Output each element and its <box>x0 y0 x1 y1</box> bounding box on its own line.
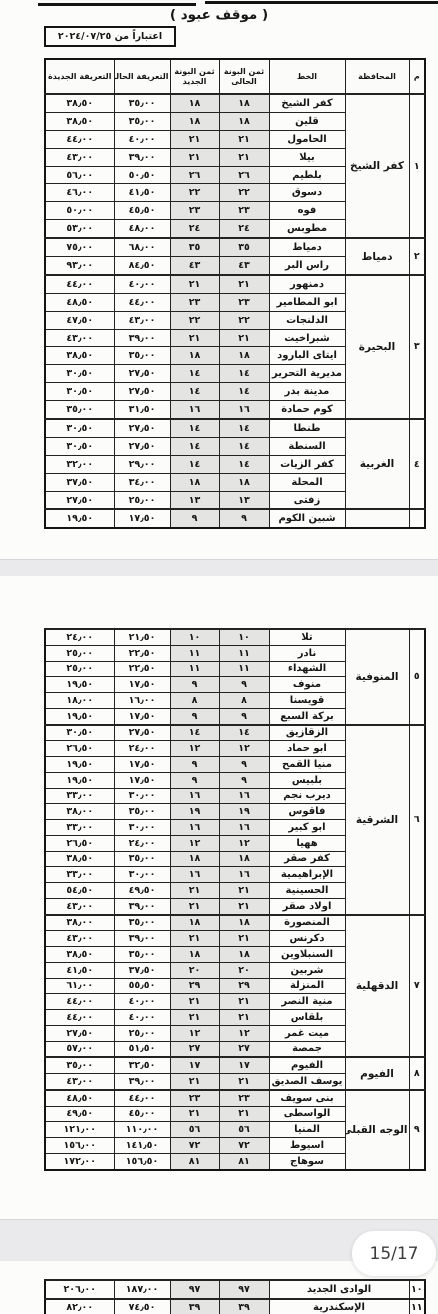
row-number-cell: ٦ <box>409 725 425 915</box>
bon-new-cell: ١٦ <box>170 401 219 419</box>
line-cell: الحامول <box>269 130 345 148</box>
bon-new-cell: ٩ <box>170 509 219 528</box>
tariff-new-cell: ٣٨٫٥٠ <box>45 112 114 130</box>
line-cell: كوم حمادة <box>269 401 345 419</box>
bon-new-cell: ١٤ <box>170 437 219 455</box>
tariff-new-cell: ٣٠٫٥٠ <box>45 383 114 401</box>
tariff-current-cell: ٧٤٫٥٠ <box>114 1299 170 1314</box>
tariff-current-cell: ١٧٫٥٠ <box>114 757 170 773</box>
bon-current-cell: ١١ <box>219 645 269 661</box>
bon-new-cell: ١١ <box>170 645 219 661</box>
bon-current-cell: ٢١ <box>219 1010 269 1026</box>
bon-current-cell: ٩ <box>219 677 269 693</box>
bon-new-cell: ١٨ <box>170 347 219 365</box>
line-cell: دمنهور <box>269 275 345 293</box>
bon-new-cell: ٢٢ <box>170 311 219 329</box>
table-row: ٨الفيومالفيوم١٧١٧٣٢٫٥٠٣٥٫٠٠ <box>45 1057 425 1073</box>
tariff-current-cell: ٤٠٫٠٠ <box>114 130 170 148</box>
tariff-current-cell: ٢١٫٥٠ <box>114 629 170 645</box>
governorate-cell: الدقهلية <box>345 915 409 1058</box>
governorate-cell <box>345 509 409 528</box>
row-number-cell <box>409 509 425 528</box>
tariff-new-cell: ٣٨٫٥٠ <box>45 851 114 867</box>
tariff-current-cell: ١٥٦٫٥٠ <box>114 1153 170 1169</box>
tariff-new-cell: ٤٩٫٥٠ <box>45 1106 114 1122</box>
bon-current-cell: ١٠ <box>219 629 269 645</box>
tariff-new-cell: ٢٤٫٠٠ <box>45 629 114 645</box>
bon-current-cell: ٨ <box>219 693 269 709</box>
line-cell: مدينة بدر <box>269 383 345 401</box>
tariff-current-cell: ٢٧٫٥٠ <box>114 725 170 741</box>
bon-current-cell: ٢١ <box>219 931 269 947</box>
bon-new-cell: ٢٣ <box>170 202 219 220</box>
tariff-new-cell: ٥٧٫٠٠ <box>45 1041 114 1057</box>
tariff-current-cell: ٥١٫٥٠ <box>114 1041 170 1057</box>
tariff-current-cell: ٢٧٫٥٠ <box>114 419 170 437</box>
bon-new-cell: ١٠ <box>170 629 219 645</box>
tariff-new-cell: ٣٣٫٠٠ <box>45 867 114 883</box>
tariff-current-cell: ٣٠٫٠٠ <box>114 867 170 883</box>
line-cell: سوهاج <box>269 1153 345 1169</box>
line-cell: منوف <box>269 677 345 693</box>
tariff-current-cell: ٤٠٫٠٠ <box>114 275 170 293</box>
tariff-current-cell: ١٧٫٥٠ <box>114 708 170 724</box>
line-cell: منية النصر <box>269 994 345 1010</box>
row-number-cell: ٢ <box>409 238 425 275</box>
line-cell: المنصورة <box>269 915 345 931</box>
line-cell: مديرية التحرير <box>269 365 345 383</box>
tariff-new-cell: ٦١٫٠٠ <box>45 978 114 994</box>
bon-new-cell: ٢٣ <box>170 1090 219 1106</box>
bon-current-cell: ١٨ <box>219 915 269 931</box>
tariff-new-cell: ٧٥٫٠٠ <box>45 238 114 256</box>
line-cell: فوه <box>269 202 345 220</box>
bon-current-cell: ١٤ <box>219 365 269 383</box>
bon-new-cell: ٢١ <box>170 148 219 166</box>
tariff-current-cell: ١١٠٫٠٠ <box>114 1122 170 1138</box>
bon-new-cell: ١٢ <box>170 835 219 851</box>
bon-new-cell: ١٦ <box>170 820 219 836</box>
tariff-new-cell: ٤٧٫٥٠ <box>45 311 114 329</box>
bon-new-cell: ٢١ <box>170 1010 219 1026</box>
tariff-new-cell: ١٧٢٫٠٠ <box>45 1153 114 1169</box>
governorate-cell: المنوفية <box>345 629 409 725</box>
tariff-new-cell: ٥٣٫٠٠ <box>45 220 114 238</box>
line-cell: منيا القمح <box>269 757 345 773</box>
bon-new-cell: ١٨ <box>170 112 219 130</box>
bon-new-cell: ١٨ <box>170 915 219 931</box>
tariff-new-cell: ٤٣٫٠٠ <box>45 898 114 914</box>
tariff-current-cell: ٢٥٫٠٠ <box>114 491 170 509</box>
bon-current-cell: ١٤ <box>219 383 269 401</box>
bon-new-cell: ١٩ <box>170 804 219 820</box>
tariff-new-cell: ٢٧٫٥٠ <box>45 491 114 509</box>
line-cell: فاقوس <box>269 804 345 820</box>
tariff-current-cell: ٢٢٫٥٠ <box>114 645 170 661</box>
tariff-current-cell: ٤٣٫٠٠ <box>114 311 170 329</box>
line-cell: الإسكندرية <box>269 1299 409 1314</box>
line-cell: راس البر <box>269 257 345 275</box>
tariff-current-cell: ٢٧٫٥٠ <box>114 437 170 455</box>
line-cell: السنبلاوين <box>269 947 345 963</box>
governorate-cell: الغربية <box>345 419 409 509</box>
bon-current-cell: ١٤ <box>219 419 269 437</box>
line-cell: جمصة <box>269 1041 345 1057</box>
line-cell: اسيوط <box>269 1138 345 1154</box>
page-title: ( موقف عبود ) <box>0 7 438 23</box>
bon-current-cell: ١٣ <box>219 491 269 509</box>
tariff-new-cell: ٣٢٫٠٠ <box>45 455 114 473</box>
tariff-current-cell: ٣٩٫٠٠ <box>114 898 170 914</box>
tariff-new-cell: ٤٦٫٠٠ <box>45 184 114 202</box>
col-header-tariff-new: التعريفة الجديدة <box>45 59 114 94</box>
bon-current-cell: ٢٩ <box>219 978 269 994</box>
governorate-cell: الوجه القبلى <box>345 1090 409 1170</box>
bon-new-cell: ٣٥ <box>170 238 219 256</box>
bon-current-cell: ١٨ <box>219 947 269 963</box>
bon-current-cell: ١٨ <box>219 94 269 112</box>
bon-current-cell: ٤٣ <box>219 257 269 275</box>
row-number-cell: ٧ <box>409 915 425 1058</box>
bon-current-cell: ٢٢ <box>219 311 269 329</box>
bon-current-cell: ١٨ <box>219 347 269 365</box>
tariff-new-cell: ١٨٫٠٠ <box>45 693 114 709</box>
tariff-current-cell: ٣٩٫٠٠ <box>114 1074 170 1090</box>
tariff-new-cell: ٢٥٫٠٠ <box>45 645 114 661</box>
bon-current-cell: ١٢ <box>219 1025 269 1041</box>
governorate-cell: البحيرة <box>345 275 409 419</box>
tariff-current-cell: ٣٥٫٠٠ <box>114 112 170 130</box>
bon-new-cell: ٢١ <box>170 931 219 947</box>
bon-current-cell: ١٨ <box>219 851 269 867</box>
governorate-cell: كفر الشيخ <box>345 94 409 238</box>
fare-table-upper: م المحافظة الخط ثمن البونة الحالى ثمن ال… <box>44 58 426 529</box>
bon-new-cell: ٥٦ <box>170 1122 219 1138</box>
tariff-new-cell: ٢٠٦٫٠٠ <box>45 1280 114 1299</box>
tariff-new-cell: ١٩٫٥٠ <box>45 677 114 693</box>
bon-current-cell: ١٤ <box>219 725 269 741</box>
bon-new-cell: ٢١ <box>170 329 219 347</box>
line-cell: الإبراهيمية <box>269 867 345 883</box>
bon-current-cell: ٢١ <box>219 1106 269 1122</box>
line-cell: الزقازيق <box>269 725 345 741</box>
tariff-current-cell: ٣٩٫٠٠ <box>114 329 170 347</box>
page-number-indicator: 15/17 <box>352 1231 436 1276</box>
col-header-bon-current: ثمن البونة الحالى <box>219 59 269 94</box>
tariff-current-cell: ١٧٫٥٠ <box>114 772 170 788</box>
tariff-new-cell: ٣٨٫٥٠ <box>45 347 114 365</box>
bon-new-cell: ١٣ <box>170 491 219 509</box>
line-cell: ابو كبير <box>269 820 345 836</box>
tariff-new-cell: ٤٣٫٠٠ <box>45 1074 114 1090</box>
row-number-cell: ٤ <box>409 419 425 509</box>
bon-current-cell: ١٨ <box>219 473 269 491</box>
line-cell: شبراخيت <box>269 329 345 347</box>
bon-current-cell: ١٢ <box>219 835 269 851</box>
tariff-new-cell: ٤٣٫٠٠ <box>45 931 114 947</box>
bon-new-cell: ١٧ <box>170 1057 219 1073</box>
bon-new-cell: ٣٩ <box>170 1299 219 1314</box>
bon-current-cell: ١٦ <box>219 401 269 419</box>
bon-current-cell: ١٤ <box>219 455 269 473</box>
tariff-new-cell: ٤٨٫٥٠ <box>45 1090 114 1106</box>
bon-current-cell: ٢٣ <box>219 202 269 220</box>
line-cell: الدلنجات <box>269 311 345 329</box>
bon-new-cell: ٩ <box>170 677 219 693</box>
bon-new-cell: ٢٣ <box>170 293 219 311</box>
line-cell: ديرب نجم <box>269 788 345 804</box>
line-cell: كفر الشيخ <box>269 94 345 112</box>
tariff-new-cell: ٣٧٫٥٠ <box>45 473 114 491</box>
line-cell: الوادى الجديد <box>269 1280 409 1299</box>
bon-new-cell: ١٨ <box>170 473 219 491</box>
bon-new-cell: ١١ <box>170 661 219 677</box>
bon-current-cell: ٢٠ <box>219 962 269 978</box>
tariff-new-cell: ٣٠٫٥٠ <box>45 437 114 455</box>
tariff-new-cell: ٤٤٫٠٠ <box>45 994 114 1010</box>
bon-current-cell: ٢٦ <box>219 166 269 184</box>
governorate-cell: الشرقية <box>345 725 409 915</box>
table-row: ١٠الوادى الجديد٩٧٩٧١٨٧٫٠٠٢٠٦٫٠٠ <box>45 1280 425 1299</box>
table-row: ٥المنوفيةتلا١٠١٠٢١٫٥٠٢٤٫٠٠ <box>45 629 425 645</box>
tariff-current-cell: ١٨٧٫٠٠ <box>114 1280 170 1299</box>
bon-current-cell: ٢١ <box>219 148 269 166</box>
table-row: ٦الشرقيةالزقازيق١٤١٤٢٧٫٥٠٣٠٫٥٠ <box>45 725 425 741</box>
bon-current-cell: ٢١ <box>219 275 269 293</box>
table-row: ٣البحيرةدمنهور٢١٢١٤٠٫٠٠٤٤٫٠٠ <box>45 275 425 293</box>
tariff-current-cell: ٣٩٫٠٠ <box>114 148 170 166</box>
table-row: ٤الغربيةطنطا١٤١٤٢٧٫٥٠٣٠٫٥٠ <box>45 419 425 437</box>
tariff-new-cell: ٣٣٫٠٠ <box>45 788 114 804</box>
line-cell: الشهداء <box>269 661 345 677</box>
fare-table-middle: ٥المنوفيةتلا١٠١٠٢١٫٥٠٢٤٫٠٠نادر١١١١٢٢٫٥٠٢… <box>44 628 426 1171</box>
bon-current-cell: ٢٤ <box>219 220 269 238</box>
bon-new-cell: ١٤ <box>170 419 219 437</box>
line-cell: ابو حماد <box>269 741 345 757</box>
tariff-new-cell: ٣٣٫٠٠ <box>45 820 114 836</box>
line-cell: بلطيم <box>269 166 345 184</box>
bon-new-cell: ٢٩ <box>170 978 219 994</box>
bon-new-cell: ٢١ <box>170 1074 219 1090</box>
bon-new-cell: ٢٦ <box>170 166 219 184</box>
tariff-new-cell: ٣٨٫٥٠ <box>45 947 114 963</box>
bon-current-cell: ١٦ <box>219 867 269 883</box>
tariff-new-cell: ٢٥٫٠٠ <box>45 661 114 677</box>
line-cell: زفتى <box>269 491 345 509</box>
page-edge-line-left <box>38 3 196 6</box>
line-cell: تلا <box>269 629 345 645</box>
tariff-new-cell: ١٩٫٥٠ <box>45 708 114 724</box>
tariff-current-cell: ٢٢٫٥٠ <box>114 661 170 677</box>
bon-current-cell: ٩ <box>219 757 269 773</box>
tariff-new-cell: ٢٦٫٥٠ <box>45 835 114 851</box>
row-number-cell: ٥ <box>409 629 425 725</box>
tariff-current-cell: ٤٥٫٥٠ <box>114 202 170 220</box>
tariff-current-cell: ٤٠٫٠٠ <box>114 1010 170 1026</box>
tariff-current-cell: ٣٥٫٠٠ <box>114 804 170 820</box>
row-number-cell: ٣ <box>409 275 425 419</box>
effective-date-box: اعتباراً من ٢٥‏/٠٧‏/٢٠٢٤ <box>44 26 176 47</box>
bon-new-cell: ٩ <box>170 772 219 788</box>
bon-new-cell: ١٤ <box>170 725 219 741</box>
tariff-current-cell: ٤٨٫٠٠ <box>114 220 170 238</box>
tariff-new-cell: ٤٤٫٠٠ <box>45 275 114 293</box>
line-cell: بنى سويف <box>269 1090 345 1106</box>
bon-current-cell: ٢٢ <box>219 184 269 202</box>
line-cell: المحلة <box>269 473 345 491</box>
bon-current-cell: ٥٦ <box>219 1122 269 1138</box>
tariff-current-cell: ٥٥٫٥٠ <box>114 978 170 994</box>
line-cell: كفر الزيات <box>269 455 345 473</box>
tariff-new-cell: ٤٨٫٥٠ <box>45 293 114 311</box>
line-cell: المنيا <box>269 1122 345 1138</box>
tariff-new-cell: ٣٥٫٠٠ <box>45 401 114 419</box>
tariff-new-cell: ٢٧٫٥٠ <box>45 1025 114 1041</box>
tariff-new-cell: ٩٣٫٠٠ <box>45 257 114 275</box>
scanned-document-page: ( موقف عبود ) اعتباراً من ٢٥‏/٠٧‏/٢٠٢٤ م… <box>0 0 438 1314</box>
line-cell: بيلا <box>269 148 345 166</box>
tariff-current-cell: ٤٤٫٠٠ <box>114 293 170 311</box>
bon-new-cell: ٢١ <box>170 883 219 899</box>
table-row: ١١الإسكندرية٣٩٣٩٧٤٫٥٠٨٢٫٠٠ <box>45 1299 425 1314</box>
bon-new-cell: ١٤ <box>170 455 219 473</box>
bon-current-cell: ١٨ <box>219 112 269 130</box>
tariff-current-cell: ٣٥٫٠٠ <box>114 947 170 963</box>
row-number-cell: ١١ <box>409 1299 425 1314</box>
line-cell: طنطا <box>269 419 345 437</box>
tariff-new-cell: ١٢١٫٠٠ <box>45 1122 114 1138</box>
line-cell: بركة السبع <box>269 708 345 724</box>
bon-new-cell: ١٨ <box>170 851 219 867</box>
tariff-new-cell: ٣٨٫٥٠ <box>45 94 114 112</box>
tariff-current-cell: ٤١٫٥٠ <box>114 184 170 202</box>
tariff-current-cell: ٣١٫٥٠ <box>114 401 170 419</box>
bon-current-cell: ٢١ <box>219 1074 269 1090</box>
bon-new-cell: ٢٤ <box>170 220 219 238</box>
bon-current-cell: ٢١ <box>219 329 269 347</box>
bon-new-cell: ١٤ <box>170 383 219 401</box>
tariff-new-cell: ١٥٦٫٠٠ <box>45 1138 114 1154</box>
bon-new-cell: ١٨ <box>170 947 219 963</box>
bon-current-cell: ٣٩ <box>219 1299 269 1314</box>
fare-table-bottom: ١٠الوادى الجديد٩٧٩٧١٨٧٫٠٠٢٠٦٫٠٠١١الإسكند… <box>44 1279 426 1314</box>
line-cell: السنطة <box>269 437 345 455</box>
col-header-bon-new: ثمن البونة الجديد <box>170 59 219 94</box>
table-row: ٩الوجه القبلىبنى سويف٢٣٢٣٤٤٫٠٠٤٨٫٥٠ <box>45 1090 425 1106</box>
line-cell: قويسنا <box>269 693 345 709</box>
bon-current-cell: ١٩ <box>219 804 269 820</box>
col-header-tariff-current: التعريفة الحالية <box>114 59 170 94</box>
table-row: ٢دمياطدمياط٣٥٣٥٦٨٫٠٠٧٥٫٠٠ <box>45 238 425 256</box>
bon-new-cell: ٨ <box>170 693 219 709</box>
tariff-current-cell: ٣٥٫٠٠ <box>114 915 170 931</box>
tariff-new-cell: ١٩٫٥٠ <box>45 772 114 788</box>
tariff-current-cell: ١٦٫٠٠ <box>114 693 170 709</box>
bon-current-cell: ٨١ <box>219 1153 269 1169</box>
line-cell: ميت غمر <box>269 1025 345 1041</box>
bon-new-cell: ٩٧ <box>170 1280 219 1299</box>
bon-current-cell: ٢٣ <box>219 293 269 311</box>
line-cell: قلين <box>269 112 345 130</box>
bon-current-cell: ٢١ <box>219 130 269 148</box>
tariff-new-cell: ٨٢٫٠٠ <box>45 1299 114 1314</box>
tariff-current-cell: ٤٤٫٠٠ <box>114 1090 170 1106</box>
col-header-line: الخط <box>269 59 345 94</box>
line-cell: دكرنس <box>269 931 345 947</box>
tariff-current-cell: ٣٩٫٠٠ <box>114 931 170 947</box>
line-cell: الحسينية <box>269 883 345 899</box>
governorate-cell: دمياط <box>345 238 409 275</box>
tariff-current-cell: ٣٠٫٠٠ <box>114 788 170 804</box>
tariff-current-cell: ٥٠٫٥٠ <box>114 166 170 184</box>
bon-new-cell: ١٢ <box>170 741 219 757</box>
bon-current-cell: ٣٥ <box>219 238 269 256</box>
line-cell: دسوق <box>269 184 345 202</box>
line-cell: الفيوم <box>269 1057 345 1073</box>
header-row: م المحافظة الخط ثمن البونة الحالى ثمن ال… <box>45 59 425 94</box>
tariff-new-cell: ٤٣٫٠٠ <box>45 329 114 347</box>
bon-new-cell: ٢١ <box>170 130 219 148</box>
bon-new-cell: ٩ <box>170 708 219 724</box>
line-cell: دمياط <box>269 238 345 256</box>
tariff-new-cell: ٣٠٫٥٠ <box>45 419 114 437</box>
bon-new-cell: ٢١ <box>170 1106 219 1122</box>
bon-current-cell: ٢٣ <box>219 1090 269 1106</box>
tariff-new-cell: ٢٦٫٥٠ <box>45 741 114 757</box>
bon-current-cell: ١٦ <box>219 788 269 804</box>
bon-new-cell: ١٨ <box>170 94 219 112</box>
line-cell: نادر <box>269 645 345 661</box>
row-number-cell: ٨ <box>409 1057 425 1090</box>
bon-current-cell: ٢١ <box>219 994 269 1010</box>
bon-current-cell: ٢٧ <box>219 1041 269 1057</box>
table-row: شبين الكوم٩٩١٧٫٥٠١٩٫٥٠ <box>45 509 425 528</box>
tariff-current-cell: ٣٠٫٠٠ <box>114 820 170 836</box>
bon-current-cell: ١٧ <box>219 1057 269 1073</box>
bon-current-cell: ٩٧ <box>219 1280 269 1299</box>
tariff-new-cell: ٥٦٫٠٠ <box>45 166 114 184</box>
governorate-cell: الفيوم <box>345 1057 409 1090</box>
bon-new-cell: ٢١ <box>170 994 219 1010</box>
tariff-current-cell: ٦٨٫٠٠ <box>114 238 170 256</box>
bon-new-cell: ٢٧ <box>170 1041 219 1057</box>
bon-current-cell: ٩ <box>219 509 269 528</box>
bon-new-cell: ١٦ <box>170 788 219 804</box>
table-row: ١كفر الشيخكفر الشيخ١٨١٨٣٥٫٠٠٣٨٫٥٠ <box>45 94 425 112</box>
bon-new-cell: ١٤ <box>170 365 219 383</box>
line-cell: ههيا <box>269 835 345 851</box>
line-cell: شبين الكوم <box>269 509 345 528</box>
bon-current-cell: ١٢ <box>219 741 269 757</box>
bon-new-cell: ٤٣ <box>170 257 219 275</box>
tariff-new-cell: ٤١٫٥٠ <box>45 962 114 978</box>
page-gap-band <box>0 559 438 576</box>
tariff-current-cell: ٣٧٫٥٠ <box>114 962 170 978</box>
line-cell: كفر صقر <box>269 851 345 867</box>
bon-new-cell: ٢١ <box>170 898 219 914</box>
bon-new-cell: ٢٠ <box>170 962 219 978</box>
bon-new-cell: ١٢ <box>170 1025 219 1041</box>
bon-new-cell: ٢٢ <box>170 184 219 202</box>
bon-current-cell: ٢١ <box>219 898 269 914</box>
col-header-no: م <box>409 59 425 94</box>
tariff-new-cell: ٣٠٫٥٠ <box>45 725 114 741</box>
tariff-new-cell: ٥٠٫٠٠ <box>45 202 114 220</box>
line-cell: يوسف الصديق <box>269 1074 345 1090</box>
tariff-new-cell: ٣٥٫٠٠ <box>45 1057 114 1073</box>
tariff-current-cell: ٢٩٫٠٠ <box>114 455 170 473</box>
line-cell: اولاد صقر <box>269 898 345 914</box>
